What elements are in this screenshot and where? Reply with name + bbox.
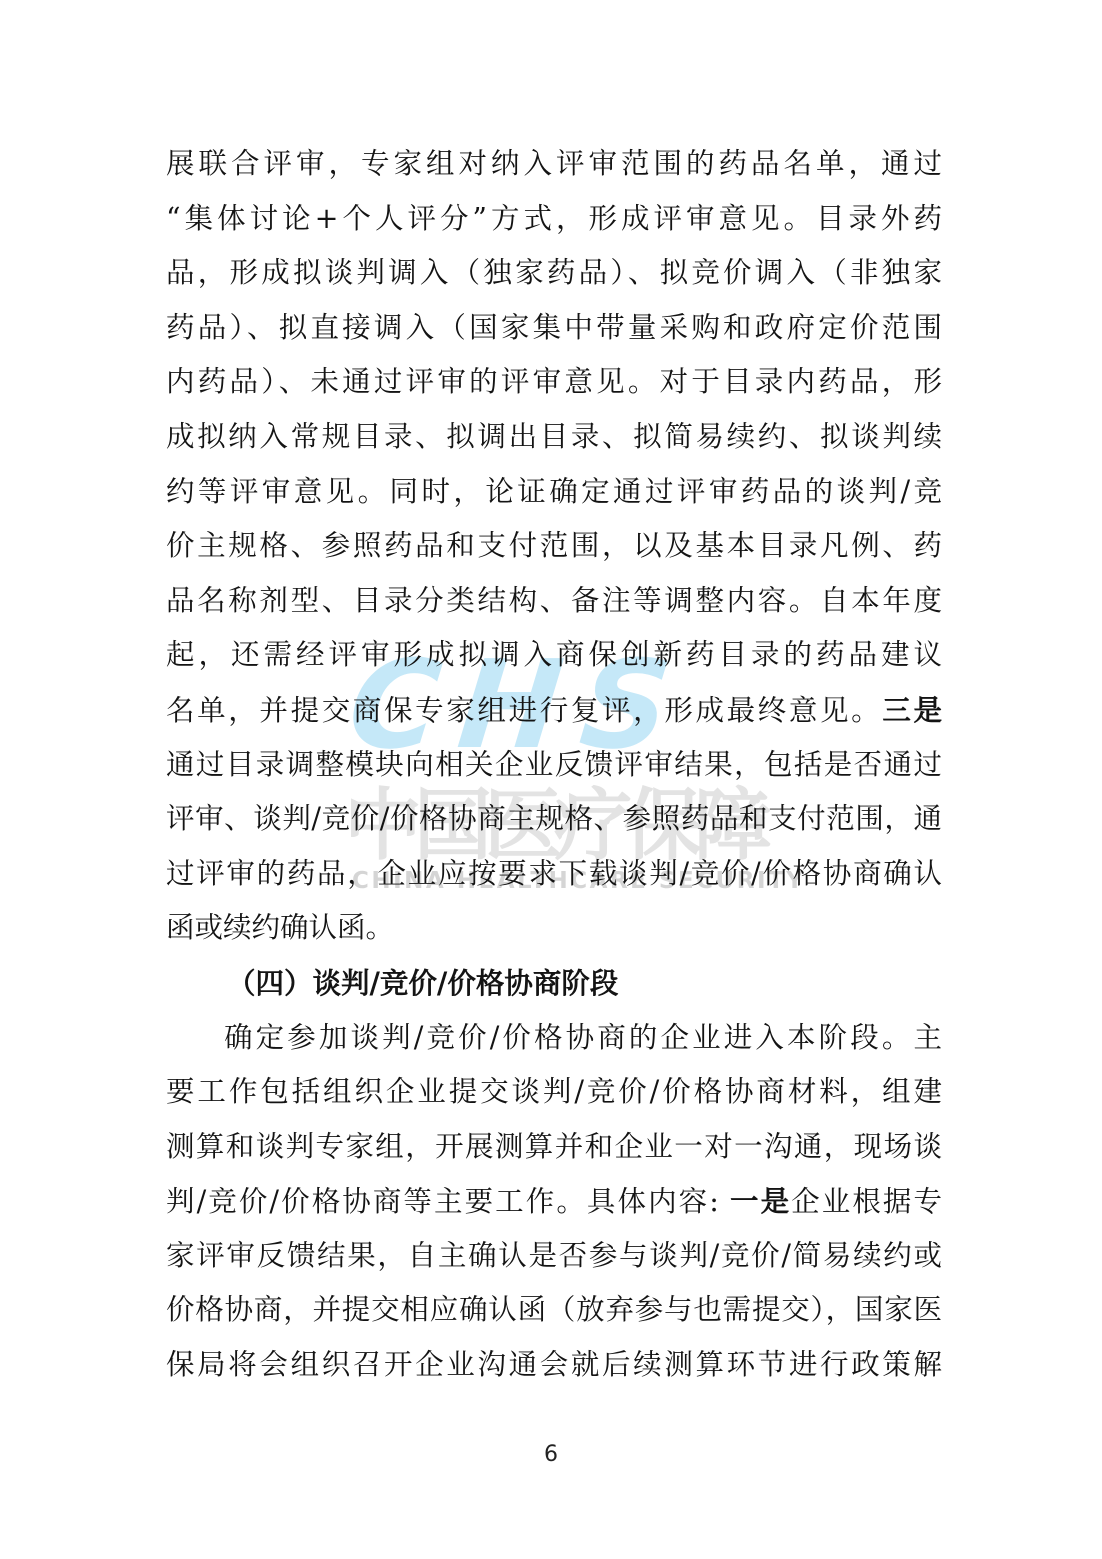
body-text: 企业根据专 — [791, 1185, 942, 1218]
body-text: 药品）、拟直接调入（国家集中带量采购和政府定价范围 — [166, 311, 942, 344]
text-line: 判/竞价/价格协商等主要工作。具体内容: 一是企业根据专 — [166, 1174, 942, 1229]
emphasis-text: （四）谈判/竞价/价格协商阶段 — [227, 966, 618, 1000]
text-line: 评审、谈判/竞价/价格协商主规格、参照药品和支付范围，通 — [166, 792, 942, 847]
body-text: 价格协商，并提交相应确认函（放弃参与也需提交），国家医 — [166, 1293, 942, 1326]
body-text: 函或续约确认函。 — [166, 911, 394, 944]
text-line: 通过目录调整模块向相关企业反馈评审结果，包括是否通过 — [166, 738, 942, 793]
body-text: 内药品）、未通过评审的评审意见。对于目录内药品，形 — [166, 365, 942, 398]
page-number: 6 — [0, 1442, 1102, 1467]
text-line: “集体讨论+个人评分”方式，形成评审意见。目录外药 — [166, 192, 942, 247]
body-text: 通过目录调整模块向相关企业反馈评审结果，包括是否通过 — [166, 748, 942, 781]
text-line: 品名称剂型、目录分类结构、备注等调整内容。自本年度 — [166, 574, 942, 629]
body-text: 评审、谈判/竞价/价格协商主规格、参照药品和支付范围，通 — [166, 802, 942, 835]
body-text: 测算和谈判专家组，开展测算并和企业一对一沟通，现场谈 — [166, 1130, 942, 1163]
text-line: 价格协商，并提交相应确认函（放弃参与也需提交），国家医 — [166, 1283, 942, 1338]
body-text: 价主规格、参照药品和支付范围，以及基本目录凡例、药 — [166, 529, 942, 562]
body-text: 展联合评审，专家组对纳入评审范围的药品名单，通过 — [166, 147, 942, 180]
text-line: 过评审的药品，企业应按要求下载谈判/竞价/价格协商确认 — [166, 847, 942, 902]
text-line: 名单，并提交商保专家组进行复评，形成最终意见。三是 — [166, 683, 942, 738]
text-line: 保局将会组织召开企业沟通会就后续测算环节进行政策解 — [166, 1338, 942, 1393]
section-heading: （四）谈判/竞价/价格协商阶段 — [166, 956, 942, 1011]
body-text: 成拟纳入常规目录、拟调出目录、拟简易续约、拟谈判续 — [166, 420, 942, 453]
text-line: 价主规格、参照药品和支付范围，以及基本目录凡例、药 — [166, 519, 942, 574]
text-line: 约等评审意见。同时，论证确定通过评审药品的谈判/竞 — [166, 465, 942, 520]
body-text: 品，形成拟谈判调入（独家药品）、拟竞价调入（非独家 — [166, 256, 942, 289]
body-text: 起，还需经评审形成拟调入商保创新药目录的药品建议 — [166, 638, 942, 671]
text-line: 成拟纳入常规目录、拟调出目录、拟简易续约、拟谈判续 — [166, 410, 942, 465]
emphasis-text: 三是 — [882, 693, 942, 727]
text-line: 要工作包括组织企业提交谈判/竞价/价格协商材料，组建 — [166, 1065, 942, 1120]
body-text: 约等评审意见。同时，论证确定通过评审药品的谈判/竞 — [166, 475, 942, 508]
text-line: 起，还需经评审形成拟调入商保创新药目录的药品建议 — [166, 628, 942, 683]
body-text: 名单，并提交商保专家组进行复评，形成最终意见。 — [166, 694, 882, 727]
body-text: 保局将会组织召开企业沟通会就后续测算环节进行政策解 — [166, 1348, 942, 1381]
text-line: 药品）、拟直接调入（国家集中带量采购和政府定价范围 — [166, 301, 942, 356]
text-line: 品，形成拟谈判调入（独家药品）、拟竞价调入（非独家 — [166, 246, 942, 301]
body-text: 家评审反馈结果，自主确认是否参与谈判/竞价/简易续约或 — [166, 1239, 942, 1272]
body-text: 确定参加谈判/竞价/价格协商的企业进入本阶段。主 — [224, 1021, 942, 1054]
text-line: 内药品）、未通过评审的评审意见。对于目录内药品，形 — [166, 355, 942, 410]
text-line: 函或续约确认函。 — [166, 901, 942, 956]
body-text: 判/竞价/价格协商等主要工作。具体内容: — [166, 1185, 730, 1218]
text-line: 确定参加谈判/竞价/价格协商的企业进入本阶段。主 — [166, 1011, 942, 1066]
text-line: 展联合评审，专家组对纳入评审范围的药品名单，通过 — [166, 137, 942, 192]
text-line: 家评审反馈结果，自主确认是否参与谈判/竞价/简易续约或 — [166, 1229, 942, 1284]
document-page: CHS 中国医疗保障 CHINA HEALTHCARE SECURITY 展联合… — [0, 0, 1102, 1559]
body-text: 过评审的药品，企业应按要求下载谈判/竞价/价格协商确认 — [166, 857, 942, 890]
document-body: 展联合评审，专家组对纳入评审范围的药品名单，通过“集体讨论+个人评分”方式，形成… — [166, 137, 942, 1393]
body-text: 要工作包括组织企业提交谈判/竞价/价格协商材料，组建 — [166, 1075, 942, 1108]
text-line: 测算和谈判专家组，开展测算并和企业一对一沟通，现场谈 — [166, 1120, 942, 1175]
emphasis-text: 一是 — [730, 1184, 791, 1218]
body-text: “集体讨论+个人评分”方式，形成评审意见。目录外药 — [166, 202, 942, 235]
body-text: 品名称剂型、目录分类结构、备注等调整内容。自本年度 — [166, 584, 942, 617]
